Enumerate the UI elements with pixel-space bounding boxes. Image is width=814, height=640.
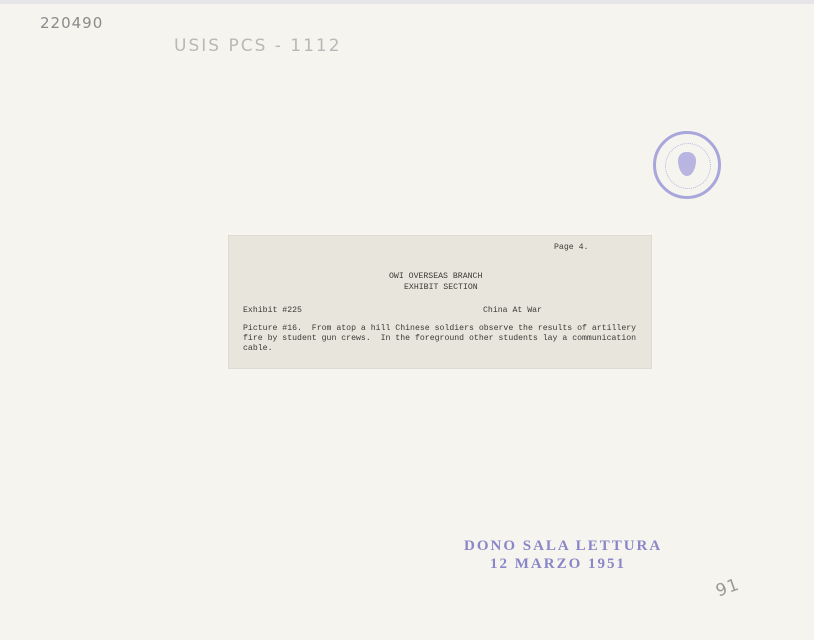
typed-caption-slip: Page 4. OWI OVERSEAS BRANCH EXHIBIT SECT… bbox=[229, 236, 651, 368]
caption-header-branch: OWI OVERSEAS BRANCH bbox=[389, 272, 482, 281]
seal-stamp bbox=[653, 131, 721, 199]
page-label: Page 4. bbox=[554, 243, 588, 252]
handwritten-reference-number: 220490 bbox=[40, 14, 103, 32]
donation-stamp-text: DONO SALA LETTURA bbox=[464, 538, 662, 555]
caption-body-line: cable. bbox=[243, 344, 272, 353]
photo-top-edge bbox=[0, 0, 814, 4]
caption-body-line: fire by student gun crews. In the foregr… bbox=[243, 334, 636, 343]
series-title: China At War bbox=[483, 306, 542, 315]
donation-stamp-date: 12 MARZO 1951 bbox=[490, 556, 626, 573]
exhibit-number: Exhibit #225 bbox=[243, 306, 302, 315]
caption-header-section: EXHIBIT SECTION bbox=[404, 283, 478, 292]
handwritten-margin-number: 91 bbox=[713, 575, 742, 602]
handwritten-catalog-code: USIS PCS - 1112 bbox=[174, 36, 342, 56]
caption-body-line: Picture #16. From atop a hill Chinese so… bbox=[243, 324, 636, 333]
